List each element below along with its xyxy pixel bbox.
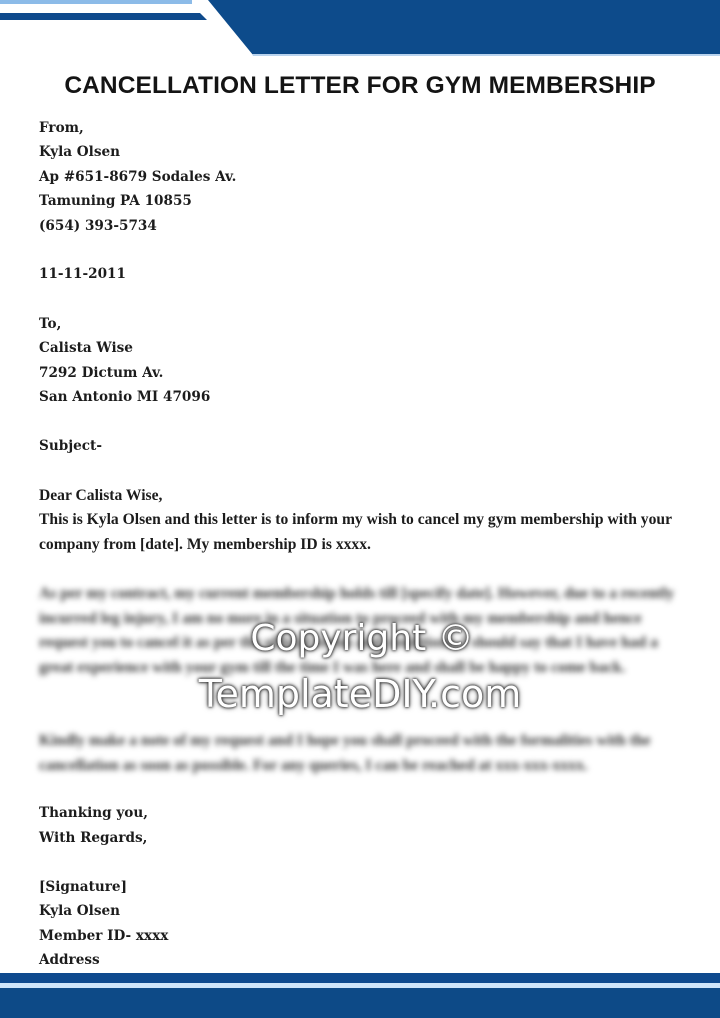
header-dark-stripe bbox=[0, 13, 207, 20]
watermark-copyright: Copyright © bbox=[2, 618, 720, 659]
sender-address-line2: Tamuning PA 10855 bbox=[39, 192, 192, 210]
letter-date: 11-11-2011 bbox=[39, 265, 126, 283]
footer-banner bbox=[0, 988, 720, 1018]
recipient-address-line2: San Antonio MI 47096 bbox=[39, 388, 210, 406]
recipient-name: Calista Wise bbox=[39, 339, 133, 357]
from-label: From, bbox=[39, 119, 84, 137]
closing-regards: With Regards, bbox=[39, 829, 147, 847]
header-banner-edge bbox=[0, 54, 720, 56]
closing-thanks: Thanking you, bbox=[39, 804, 148, 822]
sender-name: Kyla Olsen bbox=[39, 143, 120, 161]
to-label: To, bbox=[39, 315, 61, 333]
signer-address: Address bbox=[39, 951, 100, 969]
watermark-site: TemplateDIY.com bbox=[0, 672, 720, 716]
signer-name: Kyla Olsen bbox=[39, 902, 120, 920]
header-banner bbox=[0, 0, 720, 55]
sender-phone: (654) 393-5734 bbox=[39, 217, 157, 235]
recipient-address-line1: 7292 Dictum Av. bbox=[39, 364, 163, 382]
header-light-stripe bbox=[0, 0, 192, 4]
footer-dark-stripe bbox=[0, 973, 720, 983]
signature-placeholder: [Signature] bbox=[39, 878, 127, 896]
body-paragraph-blurred-2: Kindly make a note of my request and I h… bbox=[39, 729, 689, 778]
letter-title: CANCELLATION LETTER FOR GYM MEMBERSHIP bbox=[0, 72, 720, 100]
salutation: Dear Calista Wise, bbox=[39, 484, 689, 509]
intro-paragraph: This is Kyla Olsen and this letter is to… bbox=[39, 508, 689, 557]
subject-line: Subject- bbox=[39, 437, 102, 455]
member-id: Member ID- xxxx bbox=[39, 927, 168, 945]
sender-address-line1: Ap #651-8679 Sodales Av. bbox=[39, 168, 236, 186]
